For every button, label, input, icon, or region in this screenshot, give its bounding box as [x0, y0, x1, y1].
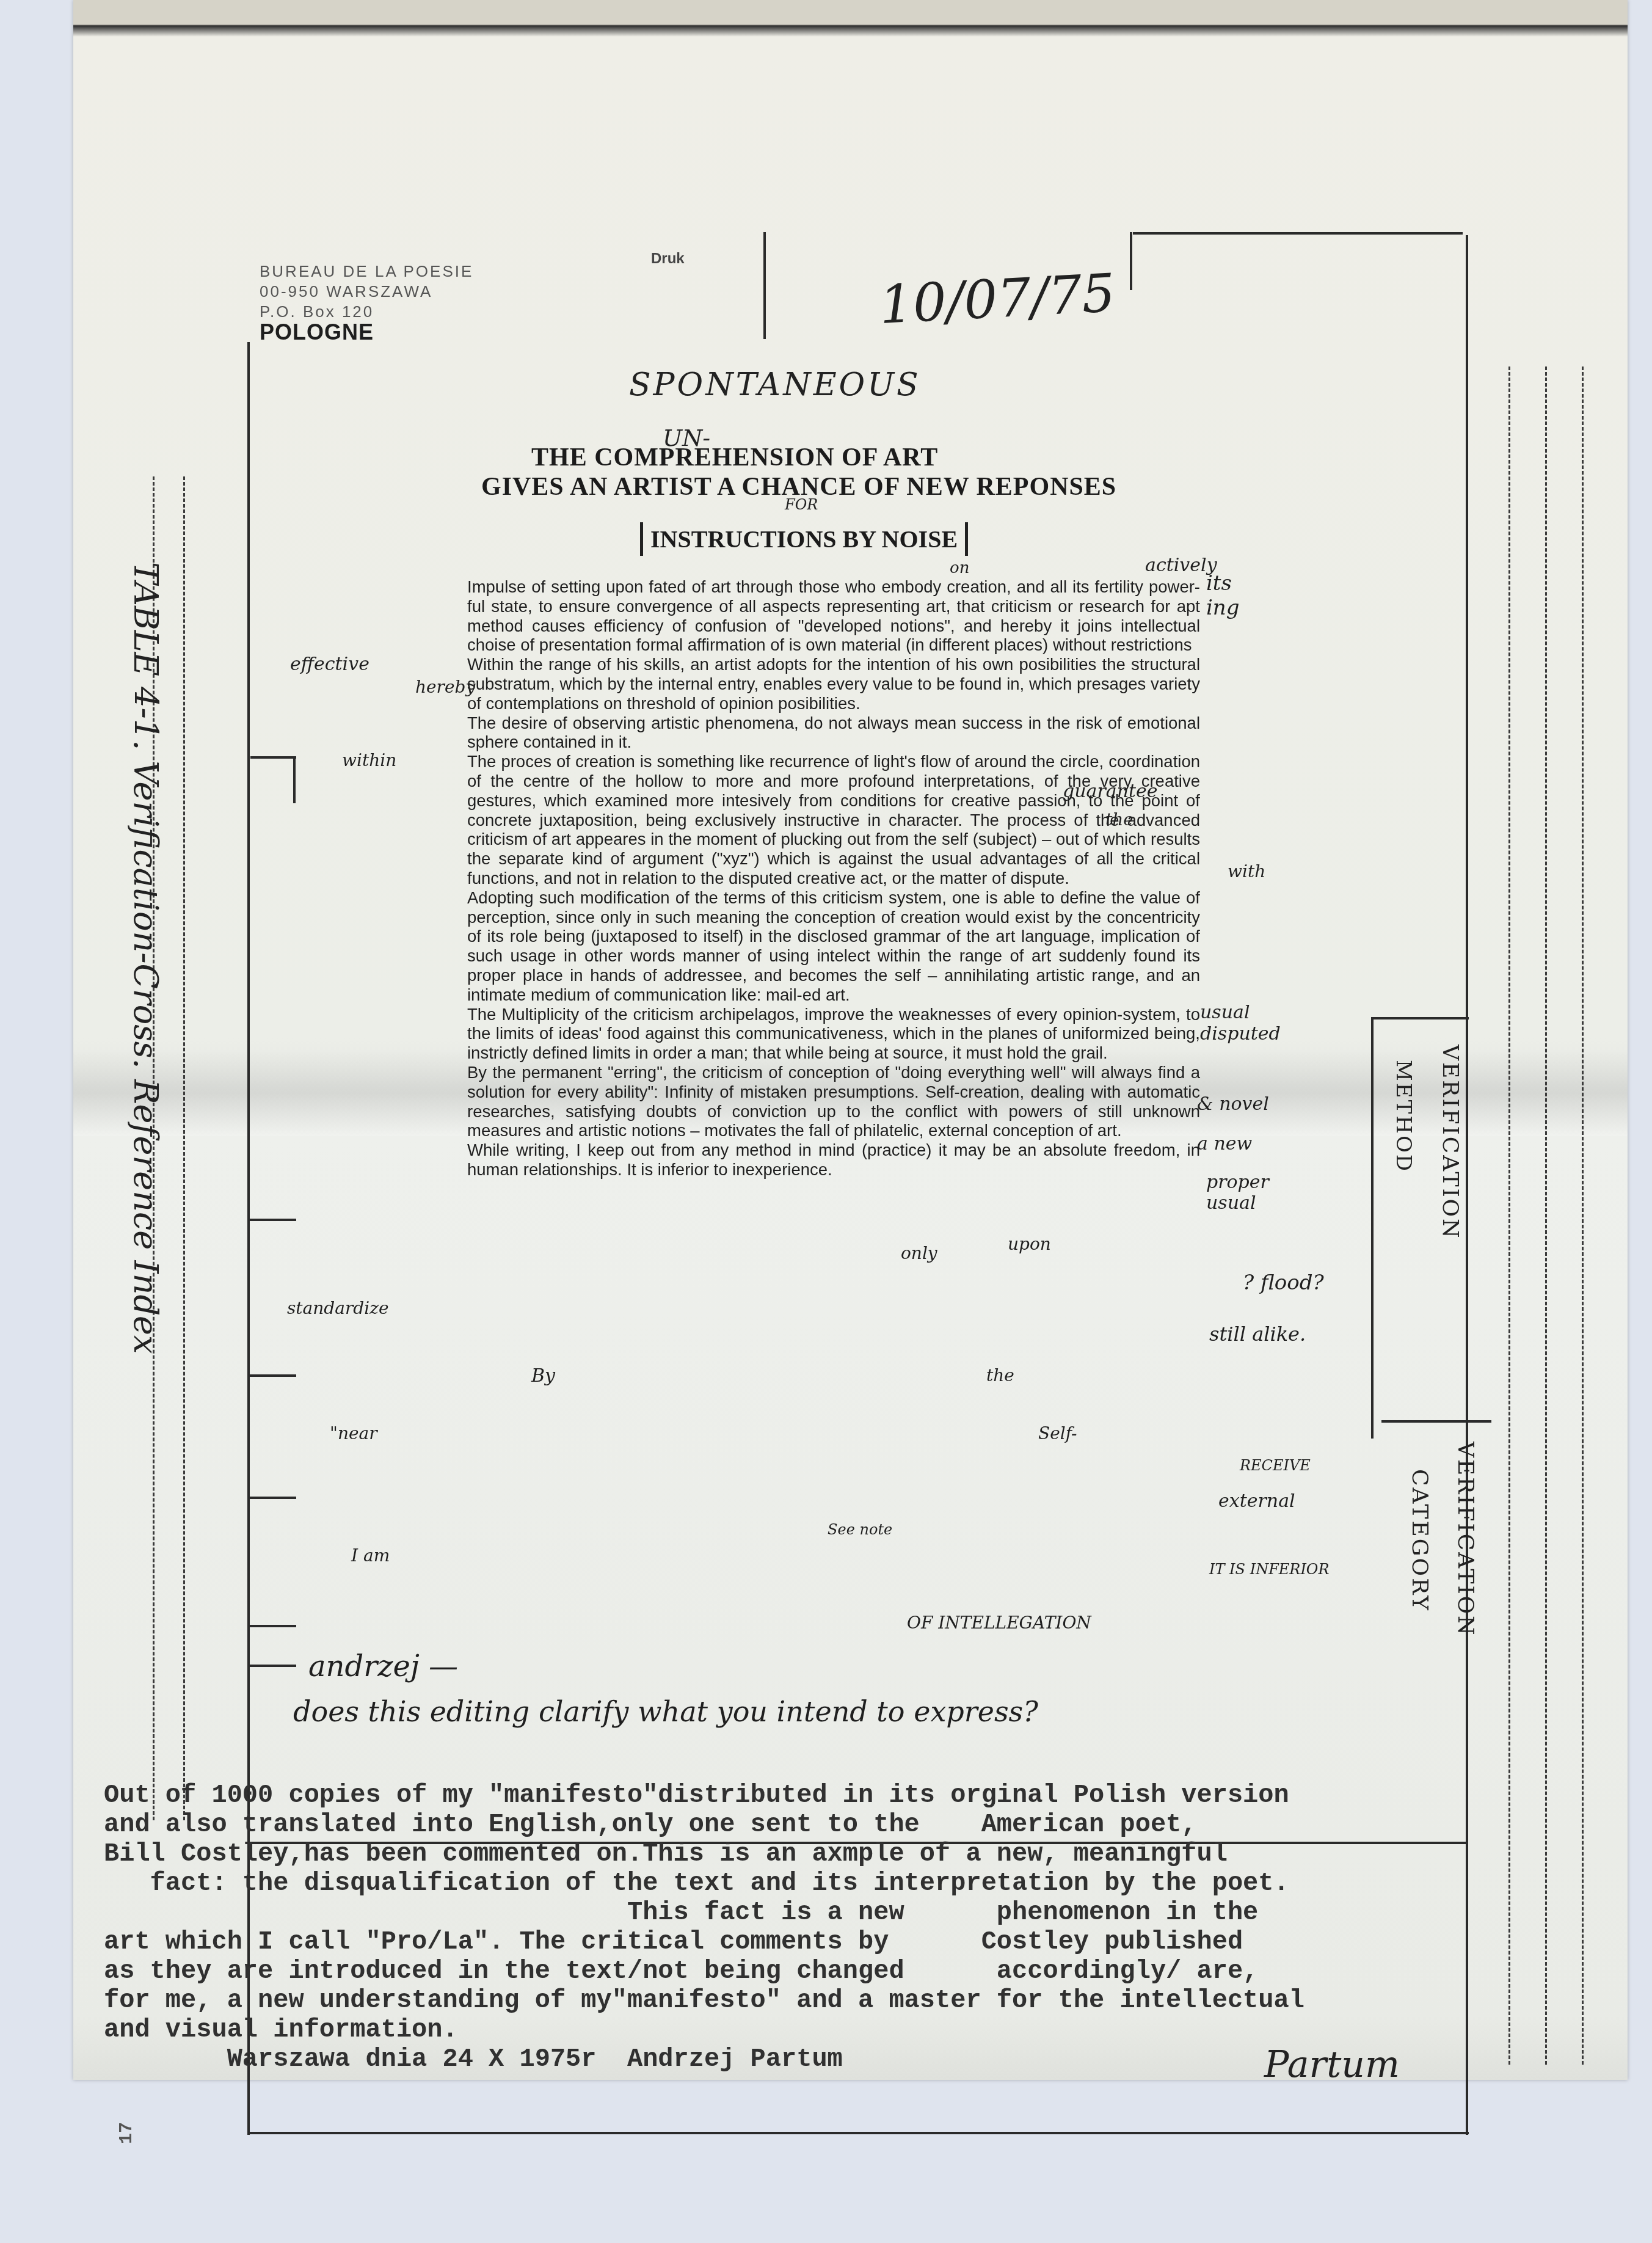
frame-line [763, 232, 766, 339]
signature: Partum [1264, 2043, 1400, 2086]
margin-note: IT IS INFERIOR [1209, 1561, 1330, 1578]
margin-note: still alike. [1209, 1322, 1306, 1346]
paragraph: While writing, I keep out from any metho… [467, 1140, 1200, 1180]
typed-line: Out of 1000 copies of my "manifesto"dist… [104, 1781, 1600, 1810]
margin-note: on [950, 559, 969, 577]
typed-line: and visual information. [104, 2015, 1600, 2044]
left-vertical-label: TABLE 4-1. Verification-Cross. Reference… [126, 562, 165, 1354]
margin-note: upon [1008, 1234, 1051, 1254]
frame-line-bottom [247, 2132, 1469, 2134]
margin-note: disputed [1200, 1023, 1281, 1045]
margin-note: RECEIVE [1240, 1457, 1311, 1474]
frame-line [1130, 232, 1132, 290]
typed-line: and also translated into English,only on… [104, 1810, 1600, 1839]
frame-tick [247, 1665, 296, 1667]
frame-line [293, 757, 296, 803]
margin-note: I am [351, 1545, 390, 1566]
dashed-guide [183, 476, 185, 1820]
paragraph: The proces of creation is something like… [467, 752, 1200, 888]
paragraph: By the permanent "erring", the criticism… [467, 1063, 1200, 1140]
margin-note: the [986, 1365, 1014, 1385]
handwritten-insert-spontaneous: SPONTANEOUS [629, 367, 921, 403]
typed-line: fact: the disqualification of the text a… [104, 1869, 1600, 1898]
margin-note: ? flood? [1243, 1271, 1324, 1295]
margin-note: standardize [287, 1298, 389, 1318]
title-line-1: THE COMPREHENSION OF ART [531, 443, 938, 472]
margin-note: "near [330, 1423, 377, 1443]
frame-line [1133, 232, 1463, 235]
verification-category-label-2: CATEGORY [1407, 1469, 1432, 1612]
margin-note: usual [1200, 1002, 1250, 1023]
letterhead-country: POLOGNE [260, 322, 473, 342]
margin-note: only [901, 1243, 937, 1263]
margin-note: proper [1206, 1172, 1269, 1193]
margin-note: By [531, 1365, 555, 1387]
typed-statement: Out of 1000 copies of my "manifesto"dist… [104, 1781, 1600, 2074]
handwritten-question: does this editing clarify what you inten… [293, 1695, 1038, 1728]
handwritten-insert-for: FOR [785, 496, 818, 513]
typed-line: as they are introduced in the text/not b… [104, 1957, 1600, 1986]
margin-note: with [1228, 861, 1265, 881]
margin-note: the [1105, 809, 1133, 830]
letterhead: BUREAU DE LA POESIE 00-950 WARSZAWA P.O.… [260, 261, 473, 342]
paragraph: Within the range of his skills, an artis… [467, 655, 1200, 713]
subtitle: INSTRUCTIONS BY NOISE [640, 522, 968, 556]
typed-line: This fact is a new phenomenon in the [104, 1898, 1600, 1927]
frame-tick [247, 1219, 296, 1221]
typed-line: art which I call "Pro/La". The critical … [104, 1927, 1600, 1957]
box-line [1381, 1420, 1491, 1423]
paragraph: The Multiplicity of the criticism archip… [467, 1005, 1200, 1063]
box-line [1371, 1017, 1374, 1439]
handwritten-salutation: andrzej — [308, 1649, 458, 1683]
margin-note: OF INTELLEGATION [907, 1613, 1091, 1633]
frame-tick [247, 1625, 296, 1627]
margin-note: effective [290, 654, 369, 675]
margin-note: ing [1206, 596, 1240, 620]
margin-note: usual [1206, 1192, 1256, 1214]
margin-note: within [342, 750, 396, 770]
paragraph: Impulse of setting upon fated of art thr… [467, 577, 1200, 655]
margin-note: Self- [1038, 1423, 1077, 1443]
margin-note: actively [1145, 555, 1217, 576]
verification-method-label-2: METHOD [1391, 1060, 1416, 1173]
frame-tick [247, 1497, 296, 1499]
frame-line [250, 756, 296, 759]
margin-note: external [1218, 1490, 1295, 1512]
margin-note: hereby [415, 677, 475, 697]
druk-label: Druk [651, 250, 685, 268]
frame-tick [247, 1374, 296, 1377]
margin-note: a new [1197, 1133, 1252, 1154]
margin-note: & novel [1197, 1093, 1269, 1115]
margin-note: guarantee [1063, 781, 1158, 802]
paragraph: The desire of observing artistic phenome… [467, 713, 1200, 753]
paragraph: Adopting such modification of the terms … [467, 888, 1200, 1005]
handwritten-date: 10/07/75 [878, 263, 1117, 336]
page-number: 17 [117, 2122, 137, 2144]
margin-note: See note [828, 1521, 892, 1538]
typed-line: Bill Costley,has been commented on.This … [104, 1839, 1600, 1869]
manifesto-body: Impulse of setting upon fated of art thr… [467, 577, 1200, 1180]
letterhead-line-2: 00-950 WARSZAWA [260, 282, 473, 302]
typed-line: for me, a new understanding of my"manife… [104, 1986, 1600, 2015]
verification-method-label-1: VERIFICATION [1438, 1045, 1463, 1240]
letterhead-line-1: BUREAU DE LA POESIE [260, 261, 473, 282]
verification-category-label-1: VERIFICATION [1453, 1442, 1478, 1637]
box-line [1371, 1017, 1469, 1019]
